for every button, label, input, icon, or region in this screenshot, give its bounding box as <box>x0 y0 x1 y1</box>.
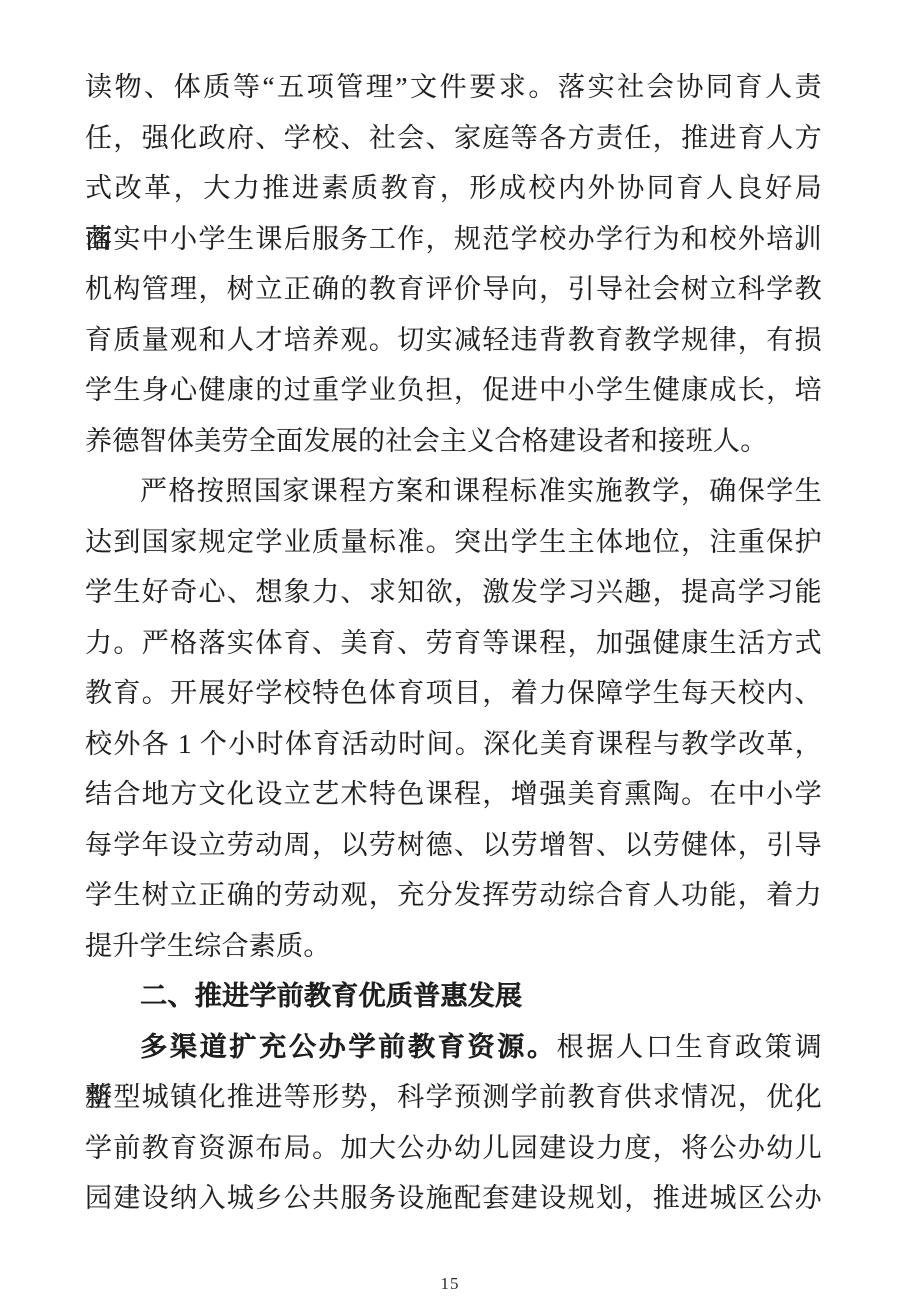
document-body: 读物、体质等“五项管理”文件要求。落实社会协同育人责任，强化政府、学校、社会、家… <box>85 62 822 1224</box>
text-line: 育质量观和人才培养观。切实减轻违背教育教学规律，有损 <box>85 315 822 366</box>
section-heading: 二、推进学前教育优质普惠发展 <box>85 971 822 1022</box>
bold-lead-phrase: 多渠道扩充公办学前教育资源。 <box>140 1032 557 1062</box>
text-line: 每学年设立劳动周，以劳树德、以劳增智、以劳健体，引导 <box>85 820 822 871</box>
text-line: 园建设纳入城乡公共服务设施配套建设规划，推进城区公办 <box>85 1173 822 1224</box>
text-line: 读物、体质等“五项管理”文件要求。落实社会协同育人责 <box>85 62 822 113</box>
text-line: 严格按照国家课程方案和课程标准实施教学，确保学生 <box>85 466 822 517</box>
text-line: 任，强化政府、学校、社会、家庭等各方责任，推进育人方 <box>85 113 822 164</box>
text-line: 校外各 1 个小时体育活动时间。深化美育课程与教学改革， <box>85 719 822 770</box>
text-line: 结合地方文化设立艺术特色课程，增强美育熏陶。在中小学 <box>85 769 822 820</box>
text-line: 达到国家规定学业质量标准。突出学生主体地位，注重保护 <box>85 517 822 568</box>
page-footer: 15 <box>0 1274 900 1294</box>
text-line: 教育。开展好学校特色体育项目，着力保障学生每天校内、 <box>85 668 822 719</box>
text-line: 力。严格落实体育、美育、劳育等课程，加强健康生活方式 <box>85 618 822 669</box>
text-line: 机构管理，树立正确的教育评价导向，引导社会树立科学教 <box>85 264 822 315</box>
text-line: 学前教育资源布局。加大公办幼儿园建设力度，将公办幼儿 <box>85 1123 822 1174</box>
text-line: 多渠道扩充公办学前教育资源。根据人口生育政策调整， <box>85 1022 822 1073</box>
text-line: 新型城镇化推进等形势，科学预测学前教育供求情况，优化 <box>85 1072 822 1123</box>
text-line: 提升学生综合素质。 <box>85 921 822 972</box>
text-line: 学生树立正确的劳动观，充分发挥劳动综合育人功能，着力 <box>85 870 822 921</box>
text-line: 落实中小学生课后服务工作，规范学校办学行为和校外培训 <box>85 214 822 265</box>
text-line: 学生好奇心、想象力、求知欲，激发学习兴趣，提高学习能 <box>85 567 822 618</box>
text-line: 学生身心健康的过重学业负担，促进中小学生健康成长，培 <box>85 365 822 416</box>
page-number: 15 <box>441 1274 460 1293</box>
text-line: 养德智体美劳全面发展的社会主义合格建设者和接班人。 <box>85 416 822 467</box>
text-line: 式改革，大力推进素质教育，形成校内外协同育人良好局面。 <box>85 163 822 214</box>
document-page: 读物、体质等“五项管理”文件要求。落实社会协同育人责任，强化政府、学校、社会、家… <box>0 0 900 1307</box>
